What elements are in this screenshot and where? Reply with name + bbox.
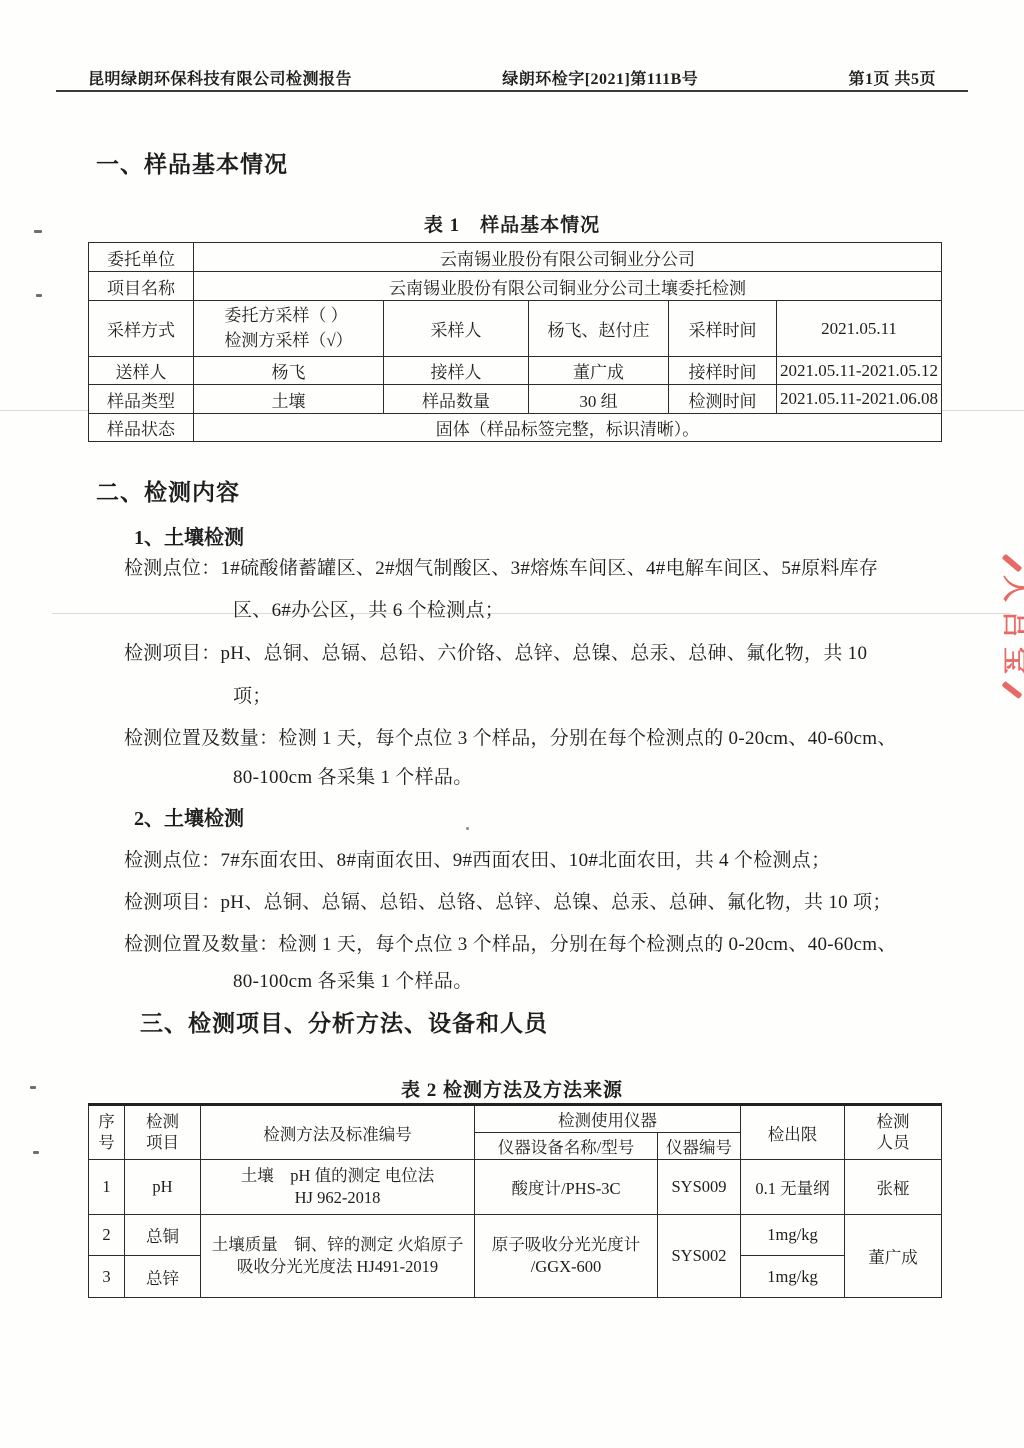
- table-row: 委托单位 云南锡业股份有限公司铜业分公司: [89, 243, 942, 272]
- header-page-number: 第1页 共5页: [848, 66, 936, 89]
- t1-sampling-option-lab: 检测方采样（√）: [224, 329, 352, 354]
- t2-header-no-line: 序: [91, 1112, 122, 1133]
- t2-cell-no: 3: [89, 1256, 125, 1298]
- table-row: 送样人 杨飞 接样人 董广成 接样时间 2021.05.11-2021.05.1…: [89, 357, 942, 385]
- scan-margin-mark: [33, 1151, 39, 1154]
- t2-cell-instrument: 酸度计/PHS-3C: [475, 1160, 658, 1215]
- t1-value: 土壤: [194, 385, 384, 414]
- t1-label: 采样时间: [669, 301, 777, 357]
- section3-title: 三、检测项目、分析方法、设备和人员: [140, 1005, 548, 1038]
- t2-method-line: 土壤质量 铜、锌的测定 火焰原子: [203, 1234, 472, 1256]
- header-divider: [56, 90, 968, 92]
- paragraph-line: 80-100cm 各采集 1 个样品。: [233, 966, 473, 993]
- t2-cell-person: 董广成: [845, 1215, 942, 1298]
- t1-value: 2021.05.11: [777, 301, 942, 357]
- t1-label: 采样方式: [89, 301, 194, 357]
- red-seal-fragment: 人 吕 宝: [1001, 560, 1024, 693]
- t1-label: 项目名称: [89, 272, 194, 301]
- t1-value: 2021.05.11-2021.05.12: [777, 357, 942, 385]
- t2-header-item-line: 检测: [127, 1112, 198, 1133]
- seal-glyph: 人: [1001, 575, 1024, 602]
- section2-title: 二、检测内容: [96, 474, 240, 507]
- t2-instrument-line: /GGX-600: [477, 1256, 655, 1278]
- table-row: 样品类型 土壤 样品数量 30 组 检测时间 2021.05.11-2021.0…: [89, 385, 942, 414]
- t1-value: 30 组: [529, 385, 669, 414]
- seal-stroke-icon: [1002, 554, 1023, 573]
- t2-cell-method: 土壤 pH 值的测定 电位法 HJ 962-2018: [201, 1160, 475, 1215]
- seal-stroke-icon: [1001, 681, 1022, 699]
- t1-label: 接样人: [384, 357, 529, 385]
- t1-value: 云南锡业股份有限公司铜业分公司: [194, 243, 942, 272]
- t2-header-person: 检测 人员: [845, 1105, 942, 1160]
- t1-value: 杨飞、赵付庄: [529, 301, 669, 357]
- t2-instrument-line: 原子吸收分光光度计: [477, 1234, 655, 1256]
- subsection1-heading: 1、土壤检测: [134, 521, 244, 550]
- table-header-row: 序 号 检测 项目 检测方法及标准编号 检测使用仪器 检出限 检测 人员: [89, 1105, 942, 1133]
- t2-header-no-line: 号: [91, 1133, 122, 1154]
- paragraph-line: 检测项目：pH、总铜、总镉、总铅、六价铬、总锌、总镍、总汞、总砷、氟化物，共 1…: [124, 638, 867, 665]
- t1-label: 采样人: [384, 301, 529, 357]
- t1-value: 固体（样品标签完整，标识清晰）。: [194, 414, 942, 442]
- seal-glyph: 宝: [1001, 647, 1024, 674]
- sample-info-table: 委托单位 云南锡业股份有限公司铜业分公司 项目名称 云南锡业股份有限公司铜业分公…: [88, 242, 942, 442]
- t1-label: 委托单位: [89, 243, 194, 272]
- t1-sampling-method-cell: 委托方采样（ ） 检测方采样（√）: [194, 301, 384, 357]
- section1-title: 一、样品基本情况: [96, 146, 288, 179]
- t2-header-instrument-no: 仪器编号: [658, 1133, 741, 1160]
- t2-cell-no: 2: [89, 1215, 125, 1256]
- t1-label: 送样人: [89, 357, 194, 385]
- table1-caption: 表 1 样品基本情况: [0, 210, 1024, 237]
- t2-header-instrument-name: 仪器设备名称/型号: [475, 1133, 658, 1160]
- paragraph-line: 检测项目：pH、总铜、总镉、总铅、总铬、总锌、总镍、总汞、总砷、氟化物，共 10…: [124, 887, 892, 914]
- paragraph-line: 检测位置及数量：检测 1 天，每个点位 3 个样品，分别在每个检测点的 0-20…: [124, 723, 897, 750]
- t1-label: 样品数量: [384, 385, 529, 414]
- t1-value: 董广成: [529, 357, 669, 385]
- paragraph-line: 检测点位：1#硫酸储蓄罐区、2#烟气制酸区、3#熔炼车间区、4#电解车间区、5#…: [124, 553, 878, 580]
- t1-sampling-option-client: 委托方采样（ ）: [224, 304, 352, 329]
- t2-header-person-line: 检测: [847, 1112, 939, 1133]
- t1-label: 样品类型: [89, 385, 194, 414]
- t2-cell-item: 总铜: [125, 1215, 201, 1256]
- header-report-number: 绿朗环检字[2021]第111B号: [502, 66, 698, 89]
- t2-header-item-line: 项目: [127, 1133, 198, 1154]
- table-row: 1 pH 土壤 pH 值的测定 电位法 HJ 962-2018 酸度计/PHS-…: [89, 1160, 942, 1215]
- t2-header-limit: 检出限: [741, 1105, 845, 1160]
- t2-method-line: 土壤 pH 值的测定 电位法: [203, 1165, 472, 1187]
- t2-header-method: 检测方法及标准编号: [201, 1105, 475, 1160]
- t2-cell-limit: 1mg/kg: [741, 1215, 845, 1256]
- paragraph-line: 检测点位：7#东面农田、8#南面农田、9#西面农田、10#北面农田，共 4 个检…: [124, 845, 830, 872]
- t2-method-line: HJ 962-2018: [203, 1187, 472, 1209]
- method-table: 序 号 检测 项目 检测方法及标准编号 检测使用仪器 检出限 检测 人员 仪器设…: [88, 1103, 942, 1298]
- t2-header-no: 序 号: [89, 1105, 125, 1160]
- t2-cell-limit: 0.1 无量纲: [741, 1160, 845, 1215]
- paragraph-line: 检测位置及数量：检测 1 天，每个点位 3 个样品，分别在每个检测点的 0-20…: [124, 929, 897, 956]
- report-page: 昆明绿朗环保科技有限公司检测报告 绿朗环检字[2021]第111B号 第1页 共…: [0, 0, 1024, 1448]
- t2-header-item: 检测 项目: [125, 1105, 201, 1160]
- t1-value: 杨飞: [194, 357, 384, 385]
- t1-label: 样品状态: [89, 414, 194, 442]
- t2-header-instruments: 检测使用仪器: [475, 1105, 741, 1133]
- table-row: 样品状态 固体（样品标签完整，标识清晰）。: [89, 414, 942, 442]
- paragraph-line: 80-100cm 各采集 1 个样品。: [233, 762, 473, 789]
- t1-value: 云南锡业股份有限公司铜业分公司土壤委托检测: [194, 272, 942, 301]
- table-row: 2 总铜 土壤质量 铜、锌的测定 火焰原子 吸收分光光度法 HJ491-2019…: [89, 1215, 942, 1256]
- t2-method-line: 吸收分光光度法 HJ491-2019: [203, 1256, 472, 1278]
- paragraph-line: 项；: [233, 681, 272, 708]
- t2-cell-limit: 1mg/kg: [741, 1256, 845, 1298]
- t2-header-person-line: 人员: [847, 1133, 939, 1154]
- t2-cell-no: 1: [89, 1160, 125, 1215]
- t1-label: 检测时间: [669, 385, 777, 414]
- t2-cell-instrument-no: SYS009: [658, 1160, 741, 1215]
- scan-artifact-line: [52, 613, 1010, 614]
- t2-cell-item: 总锌: [125, 1256, 201, 1298]
- table-row: 采样方式 委托方采样（ ） 检测方采样（√） 采样人 杨飞、赵付庄 采样时间 2…: [89, 301, 942, 357]
- seal-glyph: 吕: [1001, 611, 1024, 638]
- t1-label: 接样时间: [669, 357, 777, 385]
- subsection2-heading: 2、土壤检测: [134, 802, 244, 831]
- t2-cell-instrument: 原子吸收分光光度计 /GGX-600: [475, 1215, 658, 1298]
- t2-cell-item: pH: [125, 1160, 201, 1215]
- paragraph-line: 区、6#办公区，共 6 个检测点；: [233, 595, 504, 622]
- t2-cell-method: 土壤质量 铜、锌的测定 火焰原子 吸收分光光度法 HJ491-2019: [201, 1215, 475, 1298]
- scan-margin-mark: [36, 294, 42, 297]
- scan-dot-mark: [466, 827, 469, 830]
- t1-value: 2021.05.11-2021.06.08: [777, 385, 942, 414]
- t2-cell-person: 张桠: [845, 1160, 942, 1215]
- header-company-title: 昆明绿朗环保科技有限公司检测报告: [88, 66, 352, 89]
- table-row: 项目名称 云南锡业股份有限公司铜业分公司土壤委托检测: [89, 272, 942, 301]
- page-header: 昆明绿朗环保科技有限公司检测报告 绿朗环检字[2021]第111B号 第1页 共…: [88, 66, 936, 89]
- table2-caption: 表 2 检测方法及方法来源: [0, 1075, 1024, 1102]
- t2-cell-instrument-no: SYS002: [658, 1215, 741, 1298]
